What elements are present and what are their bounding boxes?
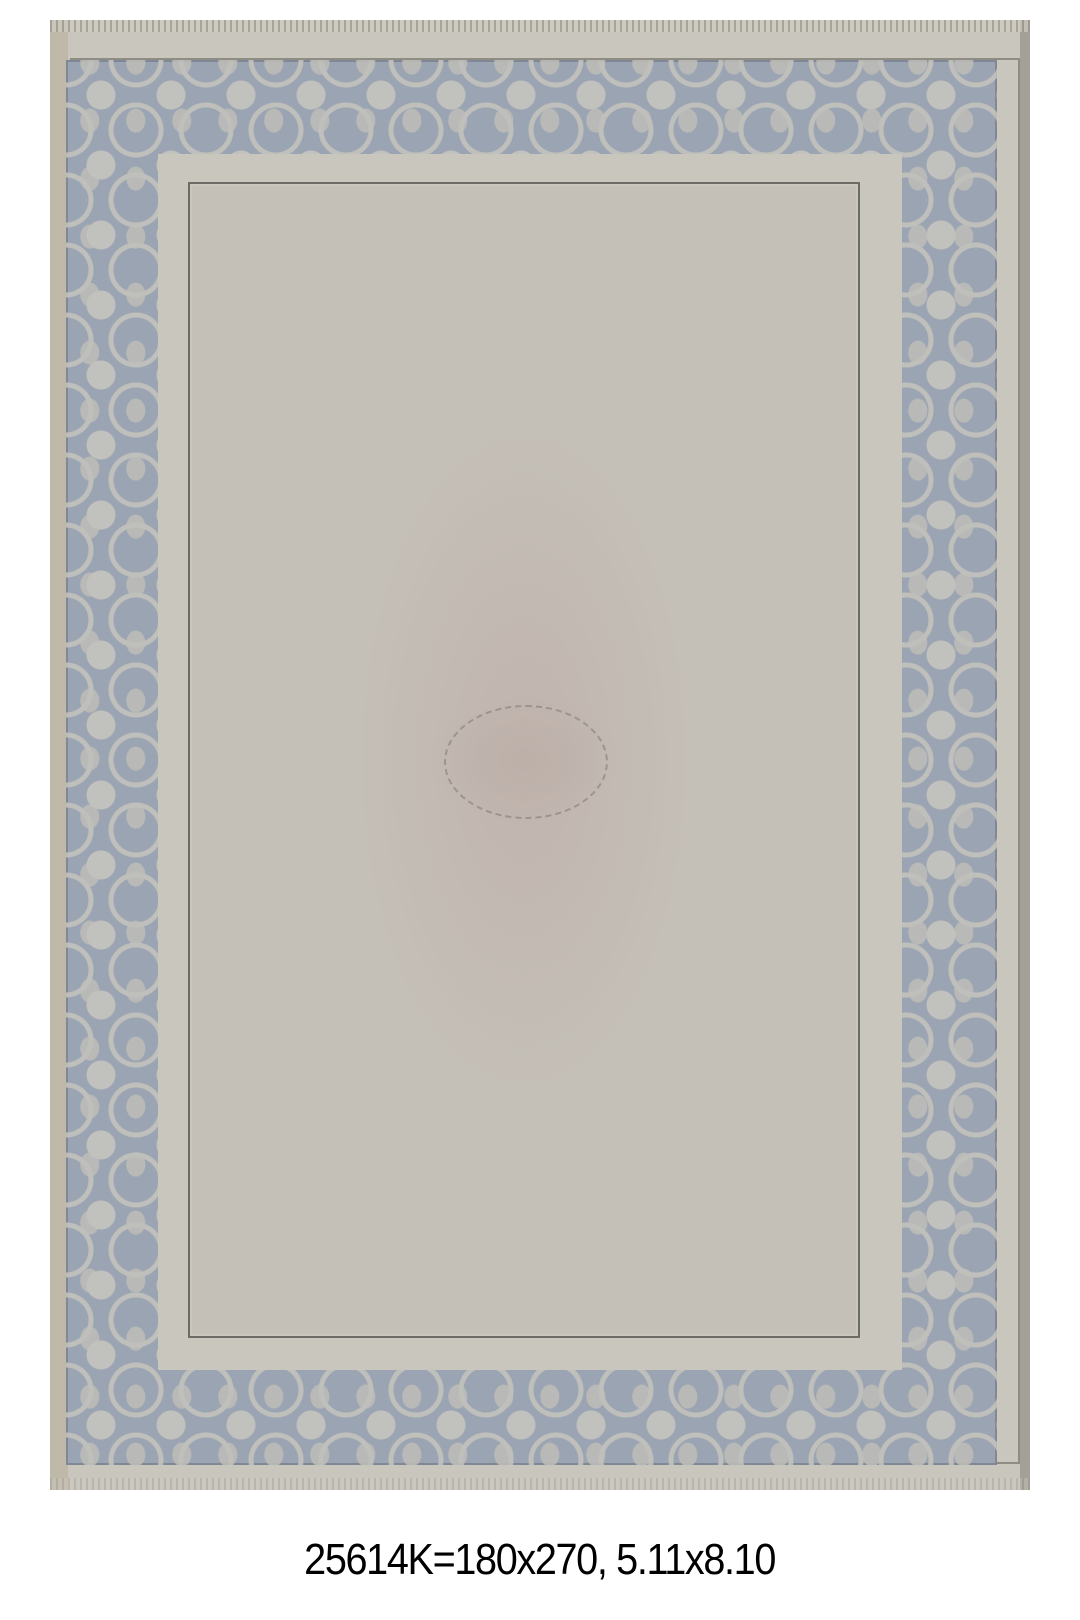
rug-top-fringe — [50, 20, 1030, 32]
rug-caption: 25614K=180x270, 5.11x8.10 — [0, 1532, 1080, 1588]
rug-bottom-fringe — [50, 1478, 1030, 1490]
medallion-icon — [444, 705, 608, 819]
rug-photo — [50, 20, 1030, 1490]
rug-field — [192, 186, 856, 1334]
caption-text: 25614K=180x270, 5.11x8.10 — [305, 1532, 776, 1588]
